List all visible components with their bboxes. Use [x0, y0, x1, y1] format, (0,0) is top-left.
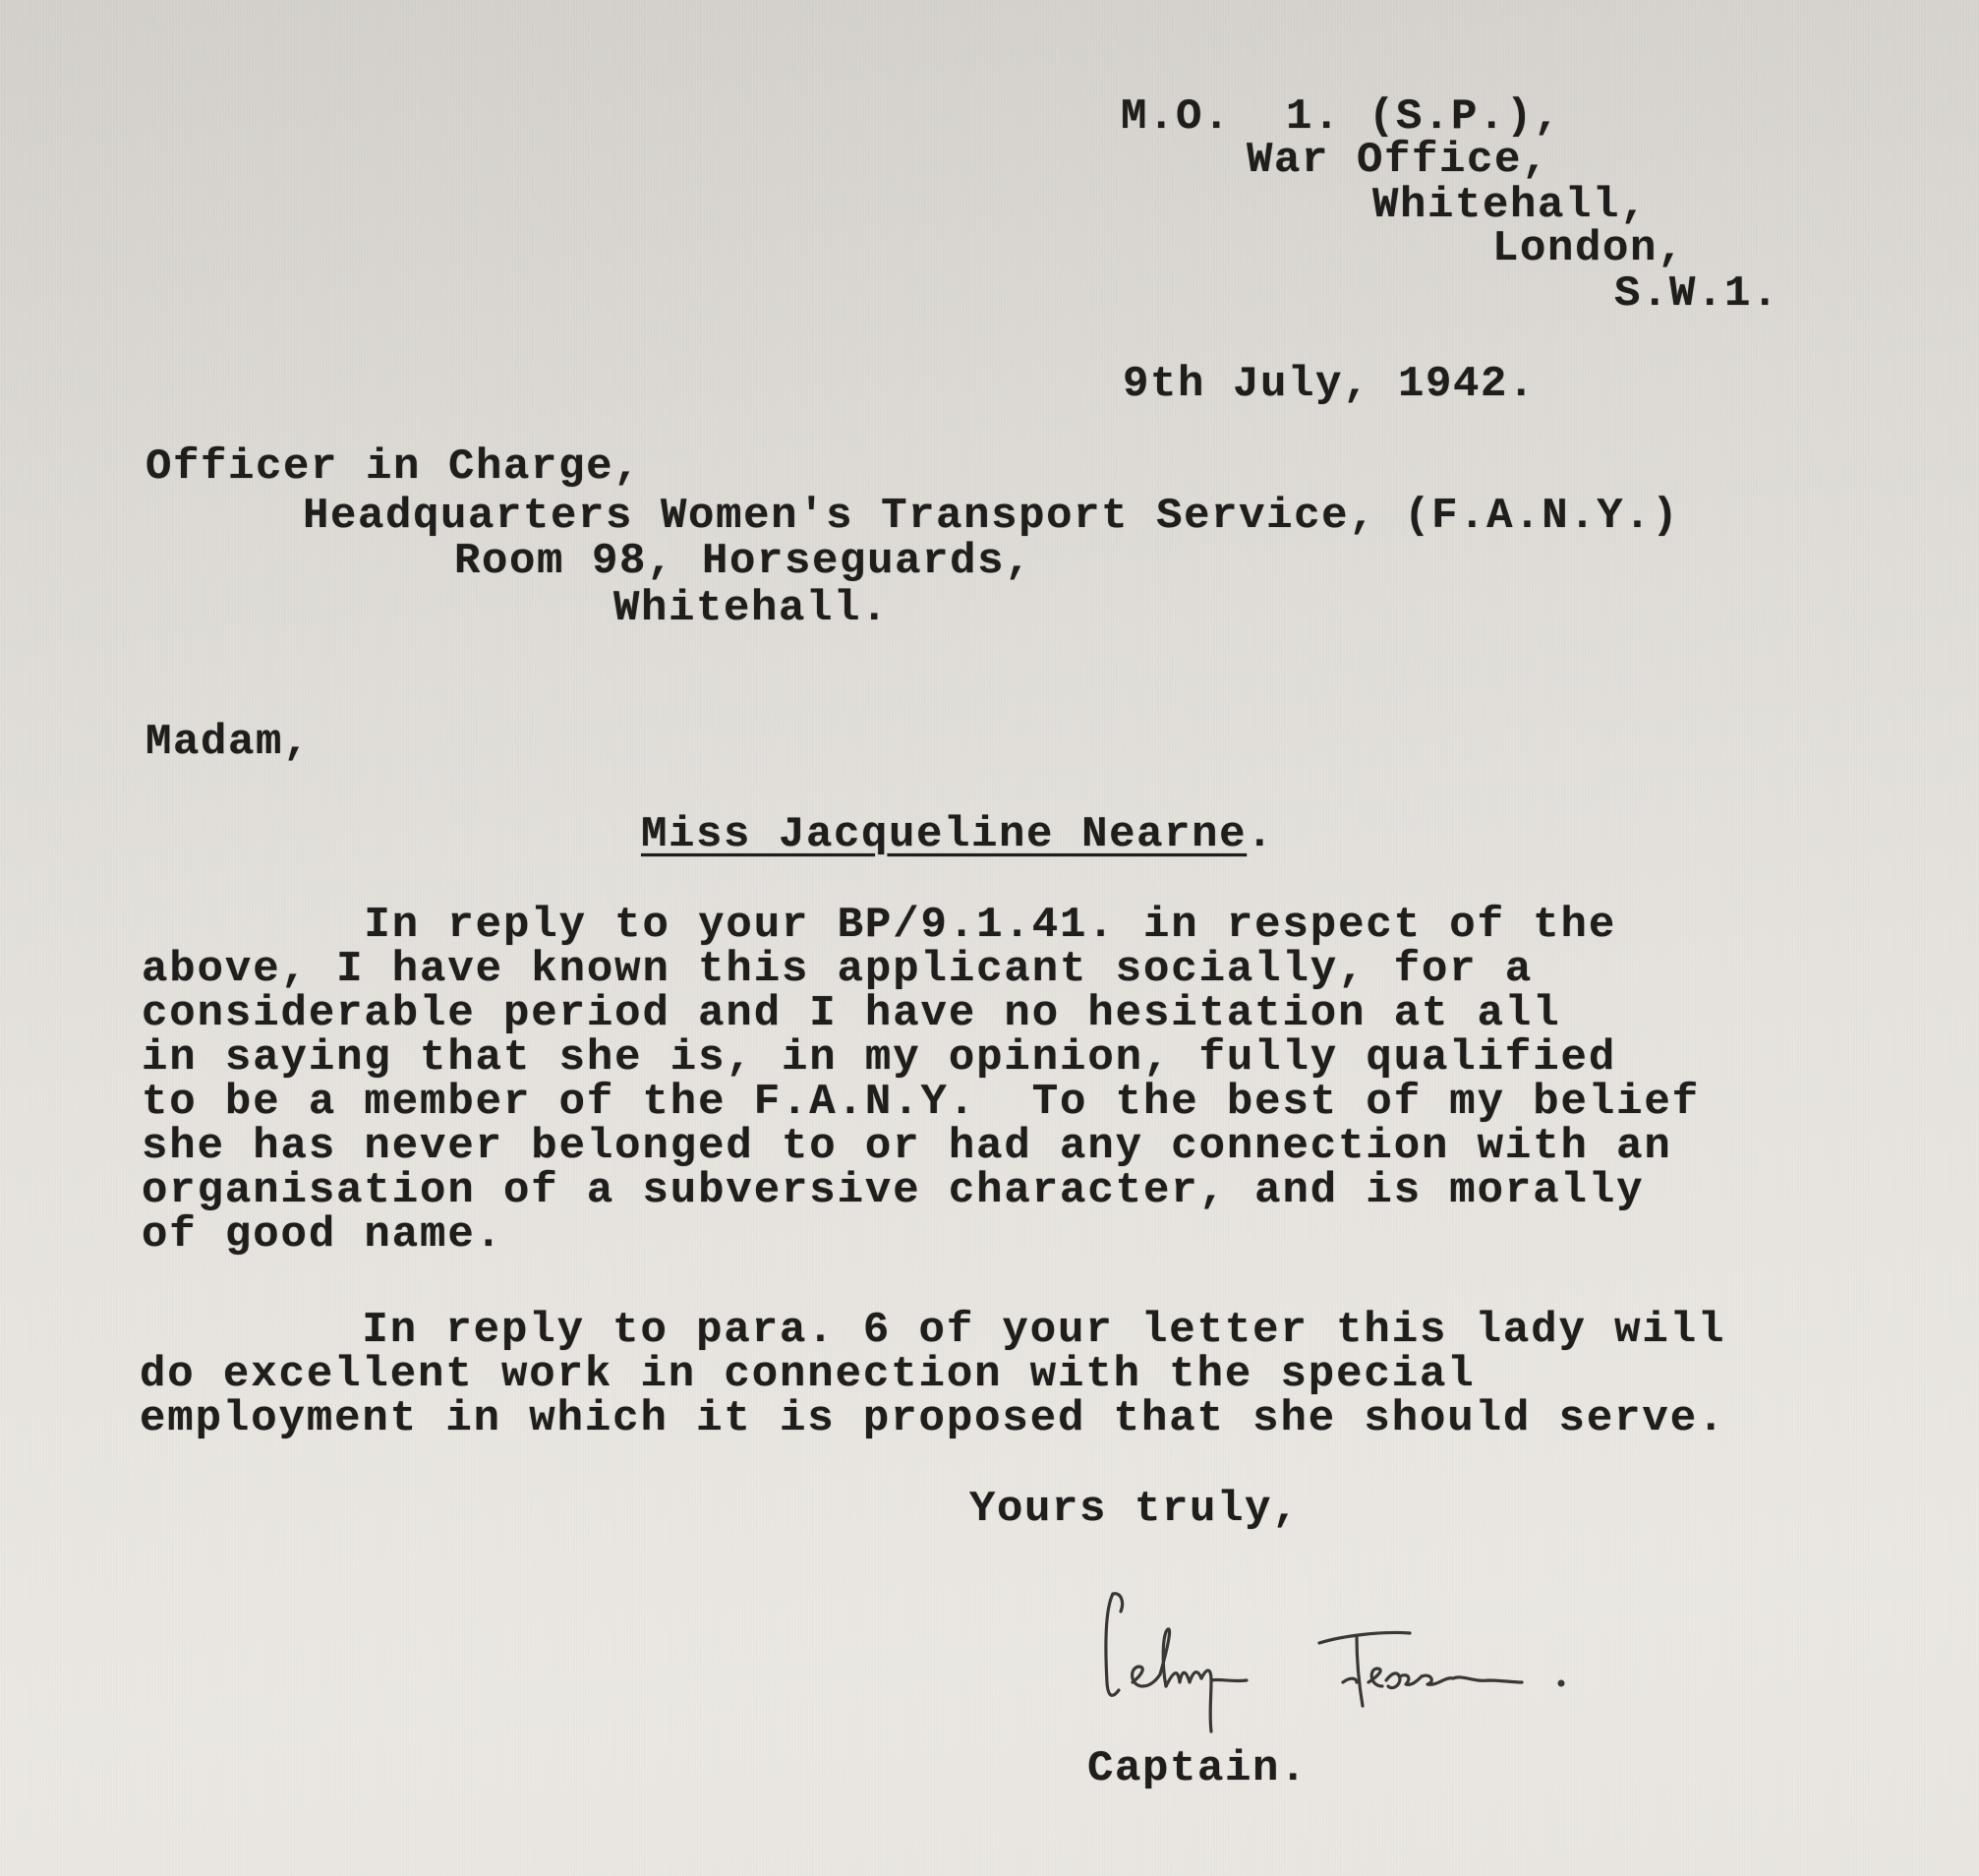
recipient-address-line: Headquarters Women's Transport Service, …	[303, 494, 1679, 539]
body-line: above, I have known this applicant socia…	[142, 947, 1533, 992]
handwritten-signature-icon	[1099, 1588, 1748, 1735]
sender-address-line: M.O. 1. (S.P.),	[1121, 94, 1561, 140]
sender-address-line: London,	[1492, 226, 1685, 271]
letter-date: 9th July, 1942.	[1123, 362, 1536, 407]
body-line: to be a member of the F.A.N.Y. To the be…	[142, 1080, 1700, 1125]
body-line: in saying that she is, in my opinion, fu…	[142, 1035, 1616, 1081]
sender-address-line: S.W.1.	[1614, 271, 1779, 317]
sender-address-line: War Office,	[1247, 138, 1549, 183]
closing: Yours truly,	[969, 1487, 1300, 1532]
body-line: organisation of a subversive character, …	[142, 1168, 1644, 1213]
recipient-address-line: Room 98, Horseguards,	[454, 539, 1032, 584]
recipient-address-line: Officer in Charge,	[146, 444, 641, 490]
body-line: do excellent work in connection with the…	[140, 1352, 1476, 1397]
salutation: Madam,	[146, 720, 311, 765]
body-line: In reply to your BP/9.1.41. in respect o…	[142, 903, 1616, 948]
recipient-address-line: Whitehall.	[613, 586, 889, 631]
signatory-rank: Captain.	[1087, 1746, 1308, 1791]
subject-name: Miss Jacqueline Nearne	[641, 810, 1247, 859]
subject-heading: Miss Jacqueline Nearne.	[641, 812, 1274, 857]
body-line: employment in which it is proposed that …	[140, 1396, 1725, 1441]
body-line: considerable period and I have no hesita…	[142, 991, 1561, 1036]
subject-suffix: .	[1247, 810, 1274, 859]
body-line: of good name.	[142, 1212, 503, 1258]
body-line: In reply to para. 6 of your letter this …	[140, 1308, 1725, 1353]
sender-address-line: Whitehall,	[1372, 183, 1648, 228]
body-line: she has never belonged to or had any con…	[142, 1124, 1672, 1169]
